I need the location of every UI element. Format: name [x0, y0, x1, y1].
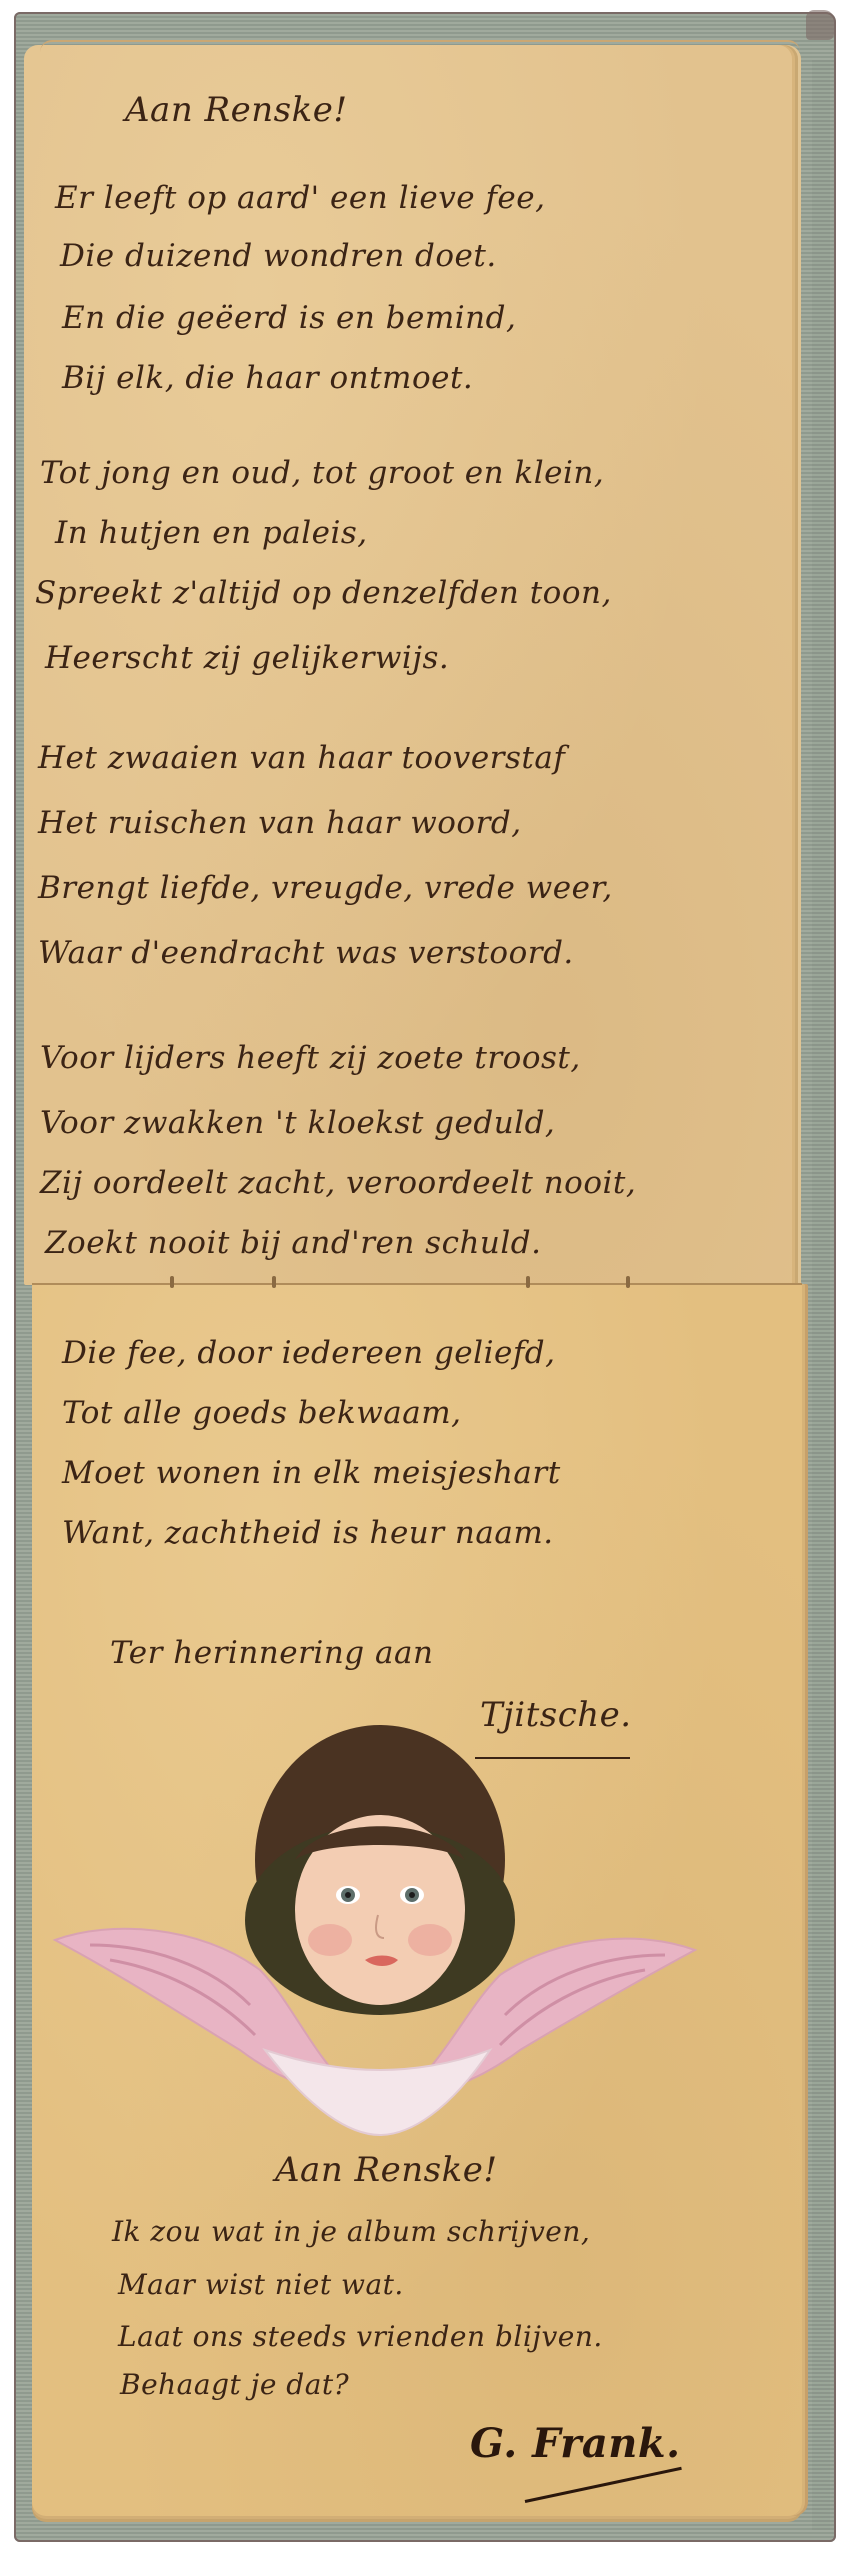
signature: G. Frank.: [470, 2420, 681, 2467]
verse-line: In hutjen en paleis,: [55, 515, 368, 551]
verse-line: Die duizend wondren doet.: [60, 238, 497, 274]
verse-line: Voor lijders heeft zij zoete troost,: [40, 1040, 581, 1076]
page-fold-line: [32, 1283, 802, 1285]
verse-line: Behaagt je dat?: [120, 2368, 349, 2401]
verse-line: En die geëerd is en bemind,: [62, 300, 516, 336]
verse-line: Want, zachtheid is heur naam.: [62, 1515, 554, 1551]
upper-heading: Aan Renske!: [125, 90, 347, 130]
second-heading: Aan Renske!: [275, 2150, 497, 2190]
binding-stitch: [170, 1276, 174, 1288]
verse-line: Moet wonen in elk meisjeshart: [62, 1455, 561, 1491]
verse-line: Tot jong en oud, tot groot en klein,: [40, 455, 604, 491]
verse-line: Heerscht zij gelijkerwijs.: [45, 640, 449, 676]
verse-line: Die fee, door iedereen geliefd,: [62, 1335, 556, 1371]
remembrance-line: Ter herinnering aan: [110, 1635, 433, 1671]
verse-line: Zij oordeelt zacht, veroordeelt nooit,: [40, 1165, 636, 1201]
verse-line: Er leeft op aard' een lieve fee,: [55, 180, 545, 216]
verse-line: Maar wist niet wat.: [118, 2268, 404, 2301]
page-stack-edge: [40, 40, 800, 52]
verse-line: Het ruischen van haar woord,: [38, 805, 522, 841]
binding-stitch: [272, 1276, 276, 1288]
verse-line: Tot alle goeds bekwaam,: [62, 1395, 461, 1431]
verse-line: Waar d'eendracht was verstoord.: [38, 935, 574, 971]
verse-line: Laat ons steeds vrienden blijven.: [118, 2320, 603, 2353]
binding-stitch: [626, 1276, 630, 1288]
cover-corner-wear: [806, 10, 834, 40]
album-spine-edge: [812, 60, 830, 2530]
verse-line: Bij elk, die haar ontmoet.: [62, 360, 473, 396]
verse-line: Brengt liefde, vreugde, vrede weer,: [38, 870, 613, 906]
angel-scrap-image: [50, 1720, 700, 2140]
binding-stitch: [526, 1276, 530, 1288]
verse-line: Zoekt nooit bij and'ren schuld.: [45, 1225, 542, 1261]
verse-line: Het zwaaien van haar tooverstaf: [38, 740, 565, 776]
verse-line: Ik zou wat in je album schrijven,: [112, 2215, 590, 2248]
verse-line: Spreekt z'altijd op denzelfden toon,: [35, 575, 612, 611]
verse-line: Voor zwakken 't kloekst geduld,: [40, 1105, 555, 1141]
